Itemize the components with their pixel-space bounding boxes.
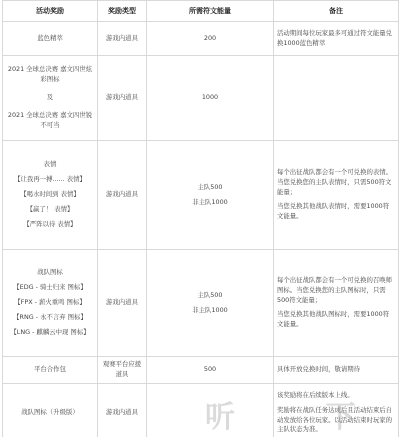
note-text: 具体开放兑换时间，敬请期待: [277, 365, 395, 375]
cost-text: 主队500: [150, 183, 270, 193]
header-type: 奖励类型: [98, 1, 147, 22]
reward-text: 【严阵以待 表情】: [6, 220, 94, 230]
note-cell: [274, 56, 399, 141]
reward-text: 蓝色精萃: [6, 34, 94, 44]
reward-cell: 表情 【让我再一搏...... 表情】 【喝水时间到 表情】 【赢了！ 表情】 …: [3, 141, 98, 250]
header-reward: 活动奖励: [3, 1, 98, 22]
cost-cell: 200: [147, 22, 274, 56]
note-cell: 具体开放兑换时间，敬请期待: [274, 357, 399, 384]
note-cell: 活动期间每位玩家最多可通过符文能量兑换1000蓝色精萃: [274, 22, 399, 56]
cost-text: 1000: [150, 93, 270, 103]
reward-text: 【让我再一搏...... 表情】: [6, 175, 94, 185]
type-cell: 游戏内道具: [98, 141, 147, 250]
note-cell: 该奖励将在后续版本上线。 奖励将在战队任务达成后且活动结束后自动发放给各位玩家。…: [274, 384, 399, 437]
note-text: 活动期间每位玩家最多可通过符文能量兑换1000蓝色精萃: [277, 29, 395, 49]
note-text: 当您兑换其他战队表情时，需要1000符文能量。: [277, 202, 395, 222]
cost-cell: 主队500 非主队1000: [147, 141, 274, 250]
reward-text: 2021 全球总决赛 嘉文四世炫彩图标: [6, 65, 94, 85]
header-row: 活动奖励 奖励类型 所需符文能量 备注: [3, 1, 399, 22]
table-row: 战队图标（升级版） 游戏内道具 该奖励将在后续版本上线。 奖励将在战队任务达成后…: [3, 384, 399, 437]
table-row: 平台合作包 观赛平台应援道具 500 具体开放兑换时间，敬请期待: [3, 357, 399, 384]
reward-text: 表情: [6, 160, 94, 170]
reward-text: 【LNG - 麒麟云中现 图标】: [6, 328, 94, 338]
reward-text: 【EDG - 骑士归来 图标】: [6, 283, 94, 293]
reward-text: 战队图标: [6, 268, 94, 278]
reward-text: 战队图标（升级版）: [6, 408, 94, 418]
reward-text: 及: [6, 93, 94, 103]
note-text: 该奖励将在后续版本上线。: [277, 391, 395, 401]
type-cell: 游戏内道具: [98, 384, 147, 437]
note-text: 每个出征战队都会有一个可兑换的召唤师图标。当您兑换您的主队图标时，只需500符文…: [277, 276, 395, 306]
header-note: 备注: [274, 1, 399, 22]
reward-table: 活动奖励 奖励类型 所需符文能量 备注 蓝色精萃 游戏内道具 200 活动期间每…: [2, 0, 399, 437]
type-cell: 游戏内道具: [98, 22, 147, 56]
type-cell: 游戏内道具: [98, 56, 147, 141]
table-row: 战队图标 【EDG - 骑士归来 图标】 【FPX - 薪火重鸣 图标】 【RN…: [3, 250, 399, 357]
type-cell: 游戏内道具: [98, 250, 147, 357]
table-row: 表情 【让我再一搏...... 表情】 【喝水时间到 表情】 【赢了！ 表情】 …: [3, 141, 399, 250]
reward-cell: 战队图标（升级版）: [3, 384, 98, 437]
reward-cell: 平台合作包: [3, 357, 98, 384]
cost-cell: 1000: [147, 56, 274, 141]
reward-cell: 蓝色精萃: [3, 22, 98, 56]
reward-text: 【喝水时间到 表情】: [6, 190, 94, 200]
header-cost: 所需符文能量: [147, 1, 274, 22]
cost-text: 非主队1000: [150, 306, 270, 316]
cost-text: 500: [150, 365, 270, 375]
reward-cell: 2021 全球总决赛 嘉文四世炫彩图标 及 2021 全球总决赛 嘉文四世锐不可…: [3, 56, 98, 141]
reward-text: 2021 全球总决赛 嘉文四世锐不可当: [6, 111, 94, 131]
reward-text: 【赢了！ 表情】: [6, 205, 94, 215]
reward-text: 平台合作包: [6, 365, 94, 375]
table-row: 蓝色精萃 游戏内道具 200 活动期间每位玩家最多可通过符文能量兑换1000蓝色…: [3, 22, 399, 56]
cost-cell: 500: [147, 357, 274, 384]
note-text: 每个出征战队都会有一个可兑换的表情。当您兑换您的主队表情时，只需500符文能量；: [277, 168, 395, 198]
reward-text: 【RNG - 永不言弃 图标】: [6, 313, 94, 323]
reward-text: 【FPX - 薪火重鸣 图标】: [6, 298, 94, 308]
note-cell: 每个出征战队都会有一个可兑换的表情。当您兑换您的主队表情时，只需500符文能量；…: [274, 141, 399, 250]
cost-cell: 主队500 非主队1000: [147, 250, 274, 357]
note-cell: 每个出征战队都会有一个可兑换的召唤师图标。当您兑换您的主队图标时，只需500符文…: [274, 250, 399, 357]
table-row: 2021 全球总决赛 嘉文四世炫彩图标 及 2021 全球总决赛 嘉文四世锐不可…: [3, 56, 399, 141]
reward-cell: 战队图标 【EDG - 骑士归来 图标】 【FPX - 薪火重鸣 图标】 【RN…: [3, 250, 98, 357]
cost-text: 主队500: [150, 291, 270, 301]
type-cell: 观赛平台应援道具: [98, 357, 147, 384]
cost-text: 200: [150, 34, 270, 44]
note-text: 当您兑换其他战队图标时，需要1000符文能量。: [277, 310, 395, 330]
cost-text: 非主队1000: [150, 198, 270, 208]
cost-cell: [147, 384, 274, 437]
note-text: 奖励将在战队任务达成后且活动结束后自动发放给各位玩家。以活动结束时玩家的主队状态…: [277, 406, 395, 436]
